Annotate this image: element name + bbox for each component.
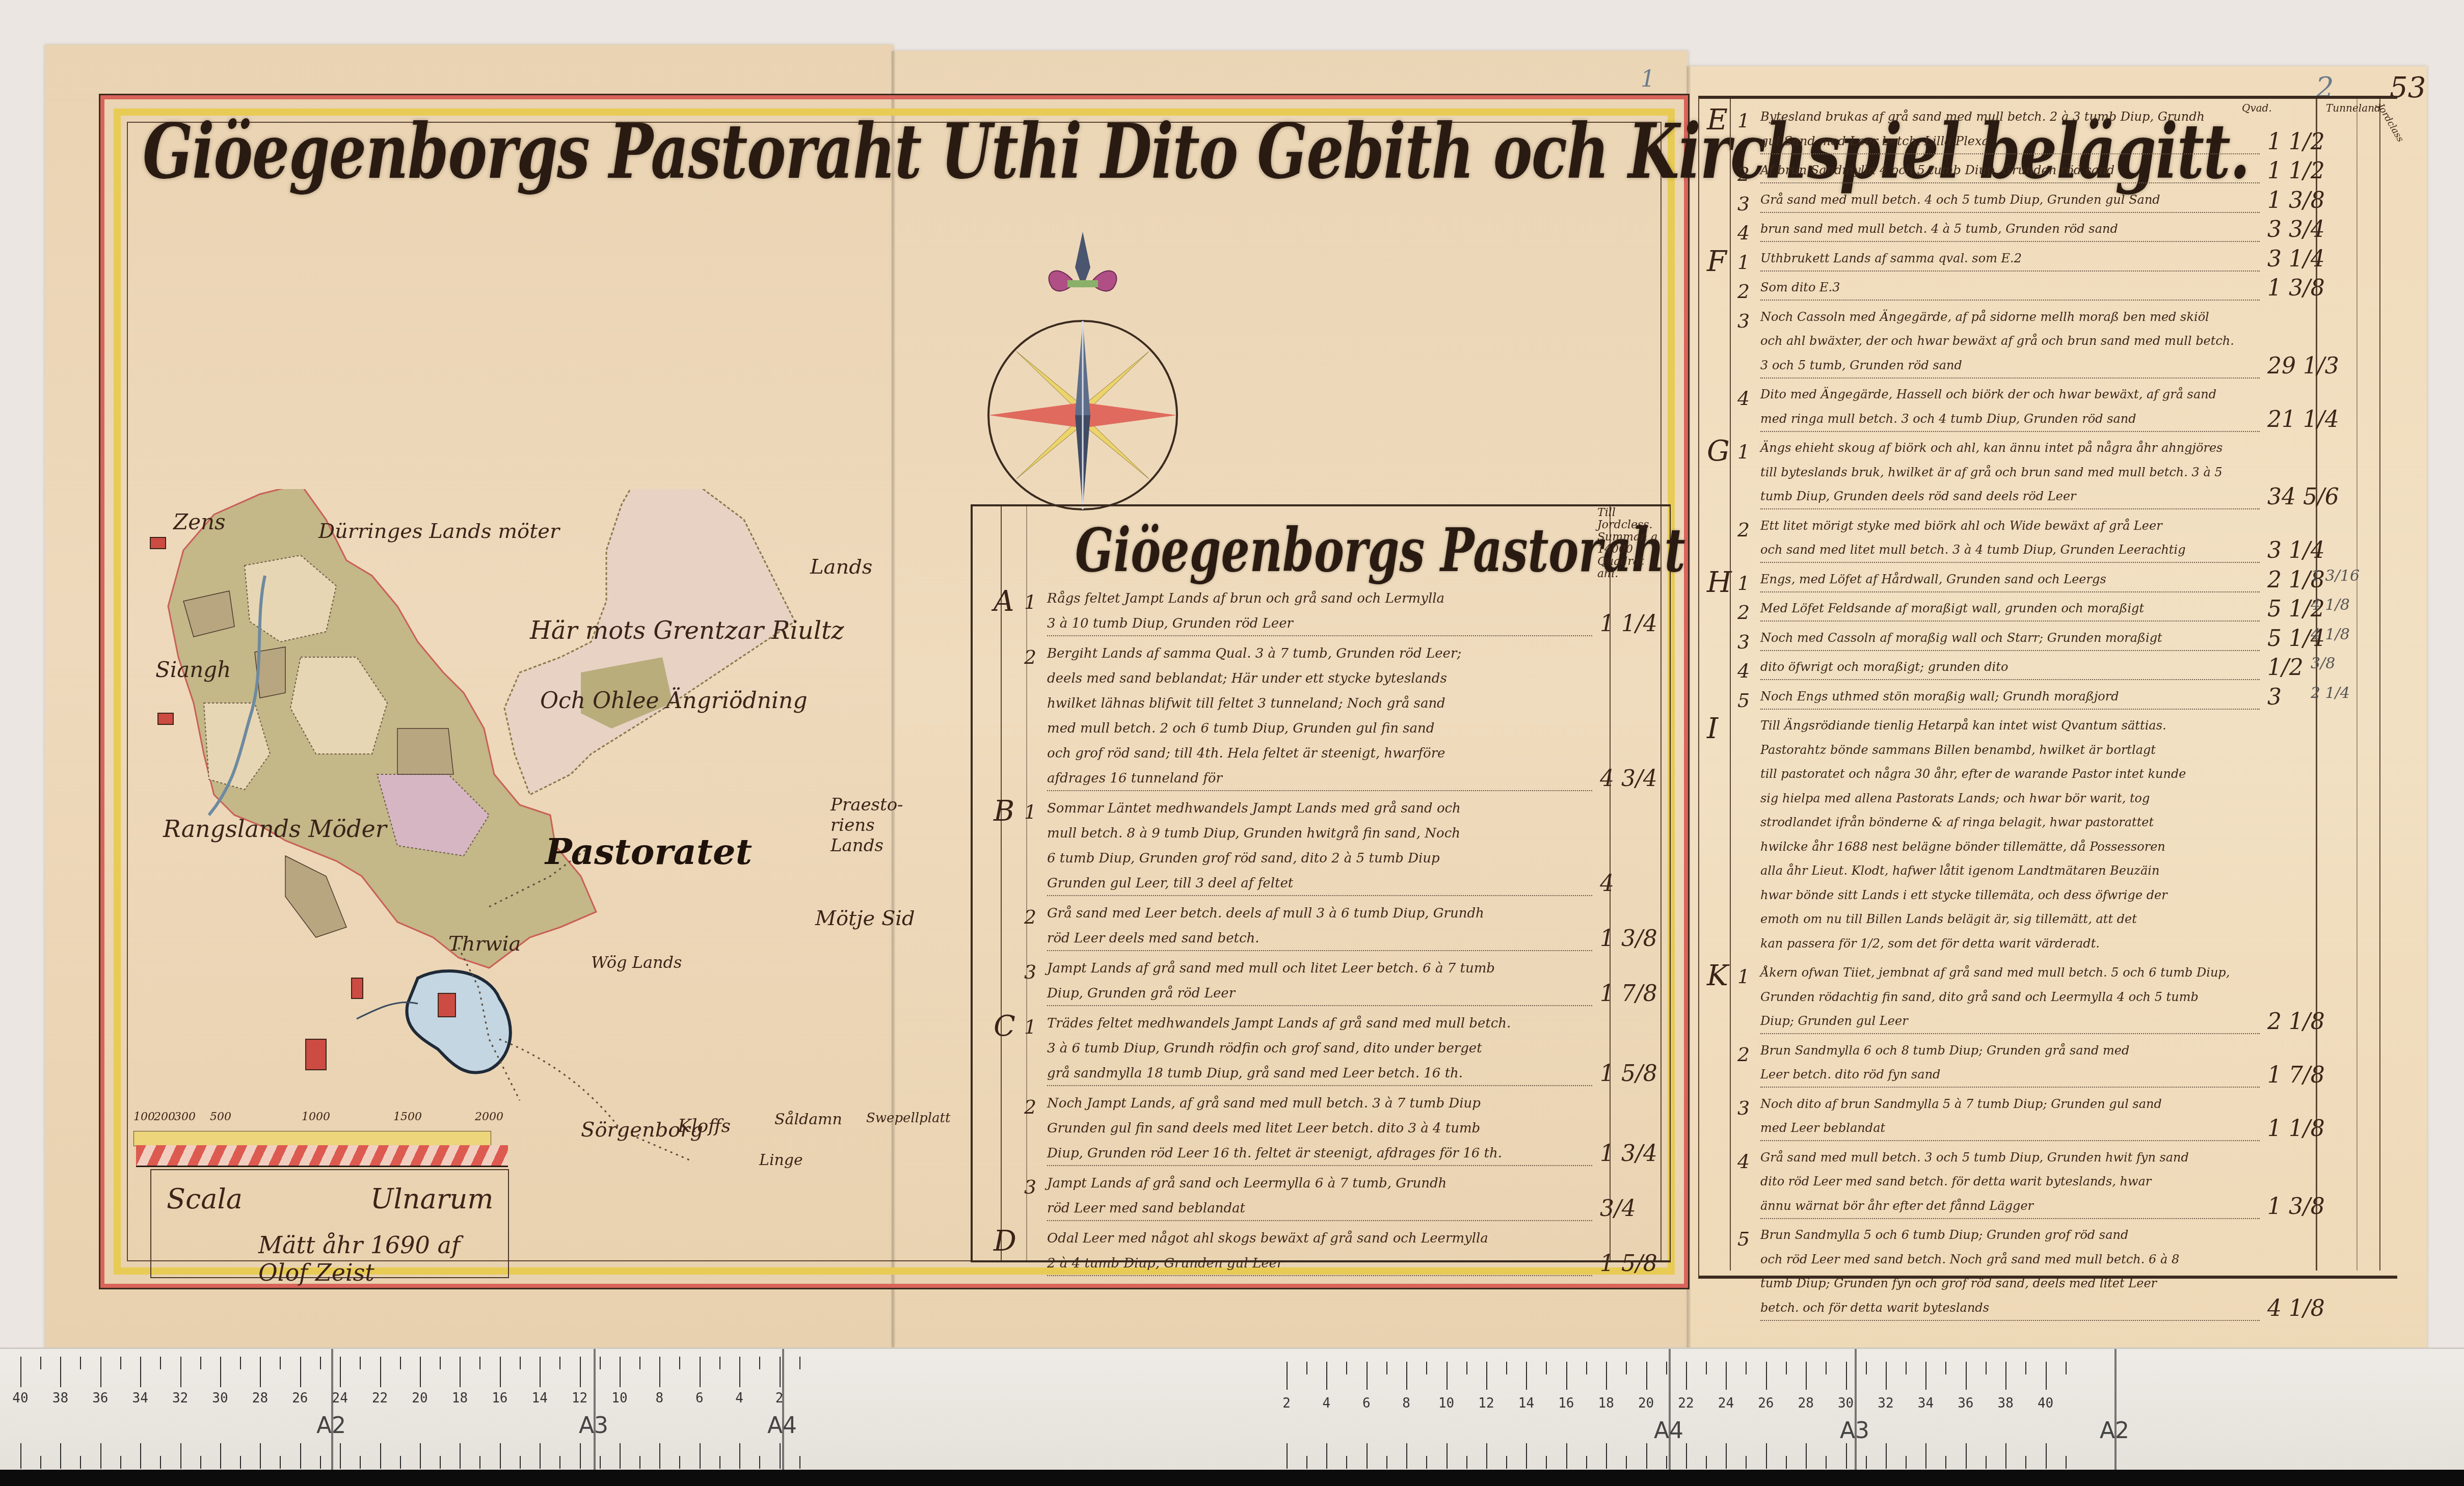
- acreage-value: 3 1/4: [2267, 537, 2325, 563]
- ruler-tick: [1726, 1362, 1727, 1390]
- ruler-tick: [1786, 1456, 1787, 1469]
- ruler-tick: [1826, 1456, 1827, 1469]
- row-number: 3: [1737, 310, 1750, 332]
- row-description: Grå sand med mull betch. 4 och 5 tumb Di…: [1760, 193, 2160, 207]
- paper-size-marker: [331, 1349, 333, 1479]
- row-number: 1: [1737, 965, 1750, 988]
- ruler-tick: [1866, 1362, 1867, 1374]
- row-number: 4: [1737, 1150, 1750, 1173]
- ruler-tick: [60, 1443, 61, 1469]
- row-description: alla åhr Lieut. Klodt, hafwer låtit igen…: [1760, 863, 2159, 878]
- row-number: 3: [1024, 961, 1036, 983]
- row-description: betch. och för detta warit byteslands: [1760, 1301, 1989, 1315]
- ruler-tick: [20, 1357, 21, 1387]
- row-number: 1: [1737, 251, 1750, 274]
- ruler-number: 32: [1878, 1396, 1893, 1411]
- ruler-tick: [1586, 1456, 1587, 1469]
- row-number: 2: [1737, 519, 1750, 541]
- ruler-tick: [200, 1357, 201, 1369]
- ruler-tick: [1666, 1456, 1667, 1469]
- ruler-number: 30: [212, 1391, 228, 1406]
- ruler-tick: [100, 1357, 101, 1387]
- ruler-tick: [160, 1456, 161, 1469]
- ruler-tick: [140, 1443, 141, 1469]
- column-rule: [1730, 99, 1731, 1271]
- ruler-tick: [360, 1456, 361, 1469]
- ruler-number: 14: [1518, 1396, 1534, 1411]
- row-number: 1: [1024, 1016, 1036, 1038]
- acreage-value: 2 1/8: [2267, 1009, 2325, 1035]
- row-description: Dito med Ängegärde, Hassell och biörk de…: [1760, 387, 2216, 401]
- row-description: Noch Engs uthmed stön moraßig wall; Grun…: [1760, 689, 2119, 704]
- row-number: 1: [1024, 591, 1036, 613]
- row-description: strodlandet ifrån bönderne & af ringa be…: [1760, 815, 2154, 829]
- ruler-tick: [1806, 1443, 1807, 1469]
- ruler-number: 30: [1838, 1396, 1854, 1411]
- acreage-value: 1 3/4: [1600, 1141, 1657, 1167]
- measuring-ruler: 4038363432302826242220181614121086422468…: [0, 1347, 2464, 1479]
- section-letter: I: [1707, 712, 1718, 745]
- row-description: Odal Leer med något ahl skogs bewäxt af …: [1047, 1231, 1488, 1246]
- ruler-tick: [2046, 1443, 2047, 1469]
- ruler-tick: [1846, 1443, 1847, 1469]
- paper-size-marker: [594, 1349, 596, 1479]
- ruler-tick: [180, 1357, 181, 1387]
- row-description: emoth om nu till Billen Lands belägit är…: [1760, 912, 2137, 926]
- row-description: Som dito E.3: [1760, 280, 1840, 294]
- column-rule: [2379, 99, 2380, 1271]
- acreage-value: 1/2: [2267, 655, 2304, 681]
- row-number: 1: [1024, 801, 1036, 823]
- row-description: Sommar Läntet medhwandels Jampt Lands me…: [1047, 801, 1461, 816]
- scanner-edge: [0, 1470, 2464, 1486]
- ruler-number: 16: [1558, 1396, 1574, 1411]
- ruler-tick: [80, 1456, 81, 1469]
- ruler-tick: [1906, 1456, 1907, 1469]
- ruler-tick: [60, 1357, 61, 1387]
- ruler-tick: [2005, 1362, 2006, 1390]
- ruler-number: 22: [1678, 1396, 1694, 1411]
- ruler-number: 40: [2038, 1396, 2053, 1411]
- acreage-value-secondary: 4 1/8: [2311, 596, 2350, 614]
- row-description: ännu wärnat bör åhr efter det fånnd Lägg…: [1760, 1199, 2033, 1213]
- acreage-value: 1 3/8: [1600, 926, 1657, 952]
- acreage-value: 4: [1600, 871, 1614, 897]
- ruler-number: 26: [292, 1391, 308, 1406]
- ruler-tick: [679, 1456, 680, 1469]
- ruler-tick: [1486, 1362, 1487, 1390]
- ruler-number: 10: [611, 1391, 627, 1406]
- row-description: med mull betch. 2 och 6 tumb Diup, Grund…: [1047, 721, 1435, 736]
- dotted-leader: [1047, 1005, 1592, 1006]
- ruler-tick: [1986, 1456, 1987, 1469]
- paper-size-marker: [2114, 1349, 2117, 1479]
- ruler-number: 24: [332, 1391, 348, 1406]
- ruler-tick: [460, 1357, 461, 1387]
- acreage-value: 3 3/4: [2267, 217, 2325, 242]
- ruler-tick: [1406, 1362, 1407, 1390]
- ruler-tick: [20, 1443, 21, 1469]
- ruler-tick: [140, 1357, 141, 1387]
- ruler-tick: [80, 1357, 81, 1369]
- scale-tick-label: 2000: [475, 1111, 503, 1123]
- acreage-value: 3 1/4: [2267, 246, 2325, 272]
- ruler-tick: [340, 1357, 341, 1387]
- dotted-leader: [1760, 300, 2260, 301]
- ruler-tick: [1906, 1362, 1907, 1374]
- ruler-number: 24: [1718, 1396, 1734, 1411]
- ruler-tick: [1406, 1443, 1407, 1469]
- ruler-tick: [700, 1357, 701, 1387]
- column-header-tunneland: Tunneland: [2326, 102, 2381, 114]
- pastoratet-label: Pastoratet: [545, 830, 752, 873]
- ruler-number: 18: [1598, 1396, 1614, 1411]
- scale-tick-label: 1500: [393, 1111, 422, 1123]
- dotted-leader: [1760, 1320, 2260, 1321]
- ruler-tick: [520, 1456, 521, 1469]
- row-description: Trädes feltet medhwandels Jampt Lands af…: [1047, 1016, 1511, 1031]
- ruler-tick: [559, 1456, 560, 1469]
- place-label: Dürringes Lands möter: [318, 520, 559, 543]
- ruler-tick: [479, 1456, 480, 1469]
- ruler-tick: [1606, 1362, 1607, 1390]
- row-description: Noch Cassoln med Ängegärde, af på sidorn…: [1760, 310, 2209, 324]
- ruler-tick: [380, 1357, 381, 1387]
- scale-ticks: 100 200 300 500 1000 1500 2000: [133, 1111, 498, 1126]
- ruler-tick: [659, 1443, 660, 1469]
- ruler-tick: [620, 1443, 621, 1469]
- ruler-tick: [40, 1456, 41, 1469]
- row-number: 3: [1737, 193, 1750, 215]
- ruler-tick: [1706, 1362, 1707, 1374]
- acreage-value: 1 1/8: [2267, 1116, 2325, 1142]
- ruler-tick: [1666, 1362, 1667, 1374]
- acreage-value: 1 1/2: [2267, 129, 2325, 155]
- row-description: Noch Jampt Lands, af grå sand med mull b…: [1047, 1096, 1481, 1111]
- ruler-tick: [420, 1443, 421, 1469]
- ruler-number: 20: [1638, 1396, 1654, 1411]
- paper-size-marker: [1855, 1349, 1857, 1479]
- row-description: Leer betch. dito röd fyn sand: [1760, 1067, 1940, 1082]
- ruler-tick: [2046, 1362, 2047, 1390]
- scale-tick-label: 200: [154, 1111, 175, 1123]
- dotted-leader: [1047, 1165, 1592, 1166]
- ruler-number: 4: [735, 1391, 743, 1406]
- ruler-tick: [400, 1456, 401, 1469]
- ruler-tick: [1426, 1362, 1427, 1374]
- section-letter: H: [1707, 566, 1732, 599]
- acreage-value: 29 1/3: [2267, 353, 2339, 379]
- row-description: röd Leer med sand beblandat: [1047, 1201, 1245, 1216]
- ruler-number: 14: [532, 1391, 548, 1406]
- ruler-tick: [1546, 1362, 1547, 1374]
- row-number: 2: [1737, 280, 1750, 303]
- row-number: 1: [1737, 110, 1750, 132]
- row-description: Grå sand med Leer betch. deels af mull 3…: [1047, 906, 1484, 921]
- column-rule: [2356, 99, 2358, 1271]
- ruler-number: 26: [1758, 1396, 1774, 1411]
- row-description: med Leer beblandat: [1760, 1121, 1885, 1135]
- dotted-leader: [1760, 620, 2260, 622]
- row-description: Noch dito af brun Sandmylla 5 à 7 tumb D…: [1760, 1097, 2162, 1111]
- ruler-tick: [479, 1357, 480, 1369]
- ruler-tick: [420, 1357, 421, 1387]
- row-description: och sand med litet mull betch. 3 à 4 tum…: [1760, 543, 2186, 557]
- dotted-leader: [1047, 950, 1592, 951]
- row-description: afdrages 16 tunneland för: [1047, 771, 1222, 786]
- row-description: tumb Diup; Grunden fyn och grof röd sand…: [1760, 1276, 2157, 1290]
- ruler-tick: [1846, 1362, 1847, 1390]
- row-description: Pastorahtz bönde sammans Billen benambd,…: [1760, 743, 2156, 757]
- row-number: 5: [1737, 1228, 1750, 1250]
- ruler-tick: [2066, 1456, 2067, 1469]
- ruler-number: 34: [1918, 1396, 1934, 1411]
- row-description: hwar bönde sitt Lands i ett stycke tille…: [1760, 888, 2167, 902]
- row-number: 2: [1737, 1043, 1750, 1066]
- dotted-leader: [1760, 377, 2260, 379]
- row-description: sig hielpa med allena Pastorats Lands; o…: [1760, 791, 2150, 805]
- section-letter: F: [1707, 245, 1727, 278]
- row-description: till pastoratet och några 30 åhr, efter …: [1760, 767, 2186, 781]
- page-marker-middle: 1: [1641, 66, 1655, 92]
- ruler-tick: [2005, 1443, 2006, 1469]
- row-description: Bytesland brukas af grå sand med mull be…: [1760, 110, 2205, 124]
- ruler-tick: [1925, 1443, 1926, 1469]
- dotted-leader: [1760, 153, 2260, 154]
- ruler-tick: [1566, 1362, 1567, 1390]
- row-description: 3 à 6 tumb Diup, Grundh rödfin och grof …: [1047, 1041, 1482, 1056]
- ruler-tick: [759, 1456, 760, 1469]
- place-label: Siangh: [155, 657, 231, 682]
- dotted-leader: [1760, 431, 2260, 432]
- ruler-number: 8: [1402, 1396, 1410, 1411]
- dotted-leader: [1047, 1085, 1592, 1086]
- ruler-tick: [739, 1357, 740, 1387]
- dotted-leader: [1760, 650, 2260, 651]
- row-description: med ringa mull betch. 3 och 4 tumb Diup,…: [1760, 412, 2136, 426]
- dotted-leader: [1047, 1220, 1592, 1221]
- section-letter: A: [994, 585, 1014, 618]
- row-description: 2 à 4 tumb Diup, Grunden gul Leer: [1047, 1256, 1283, 1271]
- dotted-leader: [1760, 679, 2260, 680]
- ruler-number: 36: [92, 1391, 108, 1406]
- row-description: Ett litet mörigt styke med biörk ahl och…: [1760, 519, 2162, 533]
- row-description: Brun Sandmylla 5 och 6 tumb Diup; Grunde…: [1760, 1228, 2128, 1242]
- ruler-tick: [300, 1443, 301, 1469]
- row-description: Grunden gul fin sand deels med litet Lee…: [1047, 1121, 1480, 1136]
- place-label: Thrwia: [448, 932, 521, 956]
- ledger-title: Giöegenborgs Pastoraht: [1075, 515, 1685, 585]
- ruler-tick: [2025, 1362, 2026, 1374]
- ruler-number: 40: [12, 1391, 28, 1406]
- place-label: Linge: [759, 1151, 803, 1169]
- section-letter: E: [1707, 103, 1728, 137]
- dotted-leader: [1047, 635, 1592, 636]
- row-number: 2: [1024, 906, 1036, 928]
- acreage-value-secondary: 1 3/16: [2311, 567, 2360, 585]
- ruler-tick: [240, 1456, 241, 1469]
- row-description: röd Leer deels med sand betch.: [1047, 931, 1260, 946]
- ruler-tick: [1486, 1443, 1487, 1469]
- ruler-tick: [260, 1357, 261, 1387]
- ruler-number: 8: [656, 1391, 664, 1406]
- row-description: dito öfwrigt och moraßigt; grunden dito: [1760, 660, 2008, 674]
- dotted-leader: [1760, 1033, 2260, 1034]
- ruler-tick: [2066, 1362, 2067, 1374]
- section-letter: D: [994, 1225, 1016, 1258]
- ruler-tick: [1986, 1362, 1987, 1374]
- place-label: Lands: [810, 555, 872, 579]
- row-description: hwilket lähnas blifwit till feltet 3 tun…: [1047, 696, 1445, 711]
- row-number: 4: [1737, 660, 1750, 682]
- ruler-tick: [1566, 1443, 1567, 1469]
- ruler-tick: [679, 1357, 680, 1369]
- ruler-tick: [160, 1357, 161, 1369]
- ruler-tick: [1367, 1443, 1368, 1469]
- ruler-tick: [1746, 1362, 1747, 1374]
- place-label: Zens: [173, 509, 226, 534]
- ruler-tick: [1766, 1443, 1767, 1469]
- ruler-tick: [1886, 1362, 1887, 1390]
- ruler-tick: [620, 1357, 621, 1387]
- acreage-value-secondary: 3/8: [2311, 655, 2335, 672]
- ruler-tick: [200, 1456, 201, 1469]
- ruler-tick: [580, 1443, 581, 1469]
- column-rule: [1001, 506, 1002, 1260]
- place-label: Mötje Sid: [815, 907, 915, 930]
- row-number: 2: [1737, 601, 1750, 624]
- ruler-tick: [100, 1443, 101, 1469]
- ruler-tick: [1306, 1456, 1307, 1469]
- row-description: Grunden gul Leer, till 3 deel af feltet: [1047, 876, 1293, 891]
- place-label: Swepellplatt: [866, 1111, 950, 1126]
- row-number: 4: [1737, 222, 1750, 244]
- acreage-value: 1 3/8: [2267, 275, 2325, 301]
- column-header-qvad: Qvad.: [2242, 102, 2272, 114]
- ruler-tick: [1606, 1443, 1607, 1469]
- ruler-tick: [280, 1456, 281, 1469]
- dotted-leader: [1760, 241, 2260, 242]
- ruler-tick: [300, 1357, 301, 1387]
- ruler-tick: [600, 1456, 601, 1469]
- ruler-tick: [1386, 1456, 1387, 1469]
- ruler-tick: [340, 1443, 341, 1469]
- acreage-value: 1 7/8: [2267, 1062, 2325, 1088]
- ruler-number: 20: [412, 1391, 427, 1406]
- row-description: Jampt Lands af grå sand med mull och lit…: [1047, 961, 1495, 976]
- dotted-leader: [1047, 1275, 1592, 1276]
- ruler-tick: [700, 1443, 701, 1469]
- row-description: Ängs ehieht skoug af biörk och ahl, kan …: [1760, 441, 2222, 455]
- row-number: 2: [1024, 646, 1036, 668]
- ruler-tick: [1426, 1456, 1427, 1469]
- ruler-tick: [1646, 1443, 1647, 1469]
- row-number: 1: [1737, 572, 1750, 595]
- ruler-tick: [639, 1357, 640, 1369]
- place-label: Såldamn: [774, 1111, 842, 1128]
- row-description: Brun Sandmylla 6 och 8 tumb Diup; Grunde…: [1760, 1043, 2129, 1058]
- row-description: Bergiht Lands af samma Qual. 3 à 7 tumb,…: [1047, 646, 1461, 661]
- scale-red-band: [136, 1145, 508, 1167]
- ruler-number: 34: [132, 1391, 148, 1406]
- ruler-tick: [1966, 1362, 1967, 1390]
- compass-rose: [986, 232, 1180, 517]
- ruler-number: 38: [52, 1391, 68, 1406]
- scale-unit: Ulnarum: [370, 1183, 494, 1215]
- acreage-value: 1 7/8: [1600, 981, 1657, 1007]
- row-description: och ahl bwäxter, der och hwar bewäxt af …: [1760, 334, 2234, 348]
- acreage-value: 4 1/8: [2267, 1295, 2325, 1321]
- acreage-value: 1 1/2: [2267, 158, 2325, 184]
- ruler-number: 36: [1958, 1396, 1973, 1411]
- ruler-tick: [780, 1357, 781, 1387]
- place-label: Rangslands Möder: [163, 815, 387, 843]
- place-label: Här mots Grentzar Riultz: [530, 616, 844, 645]
- ruler-tick: [1866, 1456, 1867, 1469]
- ruler-tick: [400, 1357, 401, 1369]
- ruler-tick: [1506, 1456, 1507, 1469]
- row-number: 3: [1737, 631, 1750, 653]
- ruler-tick: [1326, 1362, 1327, 1390]
- ruler-tick: [2025, 1456, 2026, 1469]
- ruler-number: 12: [1478, 1396, 1494, 1411]
- ruler-tick: [1346, 1362, 1347, 1374]
- row-description: gul Sand med Leer betch. Lilla Plexa: [1760, 134, 1989, 148]
- row-description: Diup, Grunden grå röd Leer: [1047, 986, 1235, 1001]
- ruler-tick: [440, 1357, 441, 1369]
- ruler-tick: [1806, 1362, 1807, 1390]
- ruler-tick: [500, 1357, 501, 1387]
- ruler-tick: [1766, 1362, 1767, 1390]
- ledger-header-note: Till Jordcless. Summan a 14000 Quadrat a…: [1597, 507, 1658, 580]
- row-description: Diup, Grunden röd Leer 16 th. feltet är …: [1047, 1146, 1502, 1161]
- ruler-tick: [440, 1456, 441, 1469]
- acreage-value-secondary: 4 1/8: [2311, 626, 2350, 643]
- ruler-tick: [120, 1357, 121, 1369]
- row-description: 3 och 5 tumb, Grunden röd sand: [1760, 358, 1962, 372]
- row-description: mull betch. 8 à 9 tumb Diup, Grunden hwi…: [1047, 826, 1460, 841]
- acreage-value: 21 1/4: [2267, 407, 2339, 433]
- ruler-number: 6: [1362, 1396, 1371, 1411]
- row-description: Åkern ofwan Tiiet, jembnat af grå sand m…: [1760, 965, 2230, 980]
- dotted-leader: [1760, 1140, 2260, 1141]
- ruler-number: 28: [252, 1391, 268, 1406]
- section-letter: B: [994, 795, 1014, 828]
- scale-tick-label: 1000: [302, 1111, 330, 1123]
- dotted-leader: [1760, 508, 2260, 509]
- ruler-tick: [580, 1357, 581, 1387]
- section-letter: G: [1707, 435, 1730, 468]
- ruler-number: 10: [1438, 1396, 1454, 1411]
- ruler-number: 18: [452, 1391, 468, 1406]
- acreage-value: 3/4: [1600, 1196, 1636, 1222]
- dotted-leader: [1760, 709, 2260, 710]
- ruler-tick: [739, 1443, 740, 1469]
- ruler-tick: [780, 1443, 781, 1469]
- ruler-number: 12: [572, 1391, 587, 1406]
- row-number: 3: [1737, 1097, 1750, 1119]
- ruler-tick: [1646, 1362, 1647, 1390]
- row-description: Diup; Grunden gul Leer: [1760, 1014, 1908, 1028]
- ruler-number: 4: [1323, 1396, 1331, 1411]
- ruler-tick: [1526, 1443, 1527, 1469]
- acreage-value-secondary: 2 1/4: [2311, 684, 2350, 702]
- ruler-number: 2: [1282, 1396, 1291, 1411]
- ruler-tick: [520, 1357, 521, 1369]
- row-number: 4: [1737, 387, 1750, 410]
- dotted-leader: [1760, 562, 2260, 563]
- dotted-leader: [1760, 1087, 2260, 1088]
